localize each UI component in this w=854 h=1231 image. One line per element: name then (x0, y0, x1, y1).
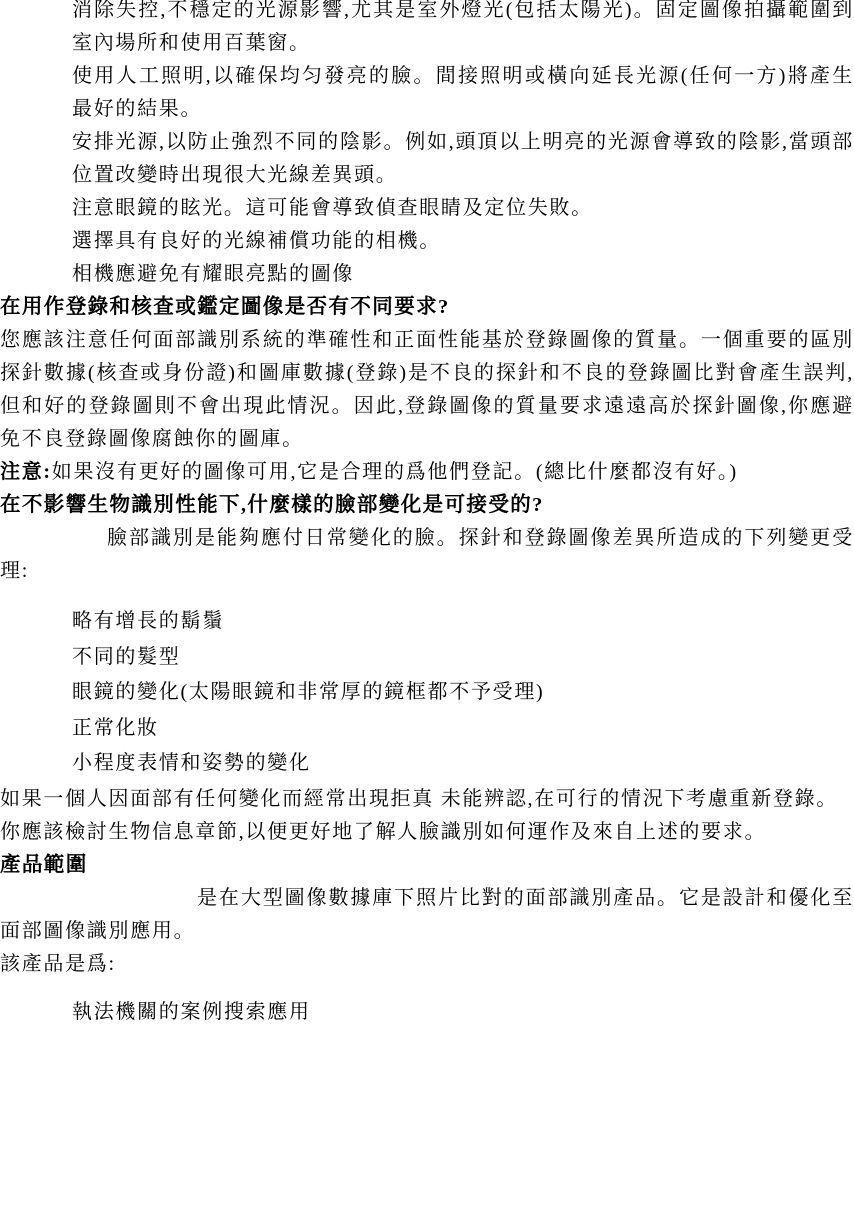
enrollment-quality-paragraph: 您應該注意任何面部識別系統的準確性和正面性能基於登錄圖像的質量。一個重要的區別探… (0, 324, 854, 456)
section-heading-acceptable-face-changes: 在不影響生物識別性能下,什麼樣的臉部變化是可接受的? (0, 489, 854, 522)
acceptable-changes-intro-paragraph: 臉部識別是能夠應付日常變化的臉。探針和登錄圖像差異所造成的下列變更受理: (0, 522, 854, 588)
lighting-guideline-item: 安排光源,以防止強烈不同的陰影。例如,頭頂以上明亮的光源會導致的陰影,當頭部位置… (72, 126, 854, 192)
acceptable-changes-list: 略有增長的鬍鬚 不同的髮型 眼鏡的變化(太陽眼鏡和非常厚的鏡框都不予受理) 正常… (0, 605, 854, 780)
review-biometrics-paragraph: 你應該檢討生物信息章節,以便更好地了解人臉識別如何運作及來自上述的要求。 (0, 816, 854, 849)
product-purpose-lead-paragraph: 該產品是爲: (0, 948, 854, 981)
note-text: 如果沒有更好的圖像可用,它是合理的爲他們登記。(總比什麼都沒有好。) (52, 461, 738, 483)
enrollment-note: 注意:如果沒有更好的圖像可用,它是合理的爲他們登記。(總比什麼都沒有好。) (0, 456, 854, 489)
product-description-paragraph: 是在大型圖像數據庫下照片比對的面部識別產品。它是設計和優化至面部圖像識別應用。 (0, 882, 854, 948)
lighting-guidelines-list: 消除失控,不穩定的光源影響,尤其是室外燈光(包括太陽光)。固定圖像拍攝範圍到室內… (0, 0, 854, 291)
lighting-guideline-item: 使用人工照明,以確保均匀發亮的臉。間接照明或橫向延長光源(任何一方)將產生最好的… (72, 60, 854, 126)
lighting-guideline-item: 選擇具有良好的光線補償功能的相機。 (72, 225, 854, 258)
product-use-item: 執法機關的案例搜索應用 (72, 996, 854, 1029)
note-label: 注意: (0, 461, 52, 483)
product-uses-list: 執法機關的案例搜索應用 (0, 996, 854, 1029)
acceptable-change-item: 眼鏡的變化(太陽眼鏡和非常厚的鏡框都不予受理) (72, 676, 854, 709)
lighting-guideline-item: 注意眼鏡的眩光。這可能會導致偵查眼睛及定位失敗。 (72, 192, 854, 225)
acceptable-change-item: 不同的髮型 (72, 641, 854, 674)
lighting-guideline-item: 相機應避免有耀眼亮點的圖像 (72, 258, 854, 291)
reenroll-advice-paragraph: 如果一個人因面部有任何變化而經常出現拒真 未能辨認,在可行的情況下考慮重新登錄。 (0, 783, 854, 816)
lighting-guideline-item: 消除失控,不穩定的光源影響,尤其是室外燈光(包括太陽光)。固定圖像拍攝範圍到室內… (72, 0, 854, 60)
acceptable-change-item: 略有增長的鬍鬚 (72, 605, 854, 638)
acceptable-change-item: 小程度表情和姿勢的變化 (72, 747, 854, 780)
section-heading-product-scope: 產品範圍 (0, 849, 854, 882)
document-page: 消除失控,不穩定的光源影響,尤其是室外燈光(包括太陽光)。固定圖像拍攝範圍到室內… (0, 0, 854, 1231)
section-heading-enrollment-vs-verification: 在用作登錄和核查或鑑定圖像是否有不同要求? (0, 291, 854, 324)
acceptable-change-item: 正常化妝 (72, 712, 854, 745)
